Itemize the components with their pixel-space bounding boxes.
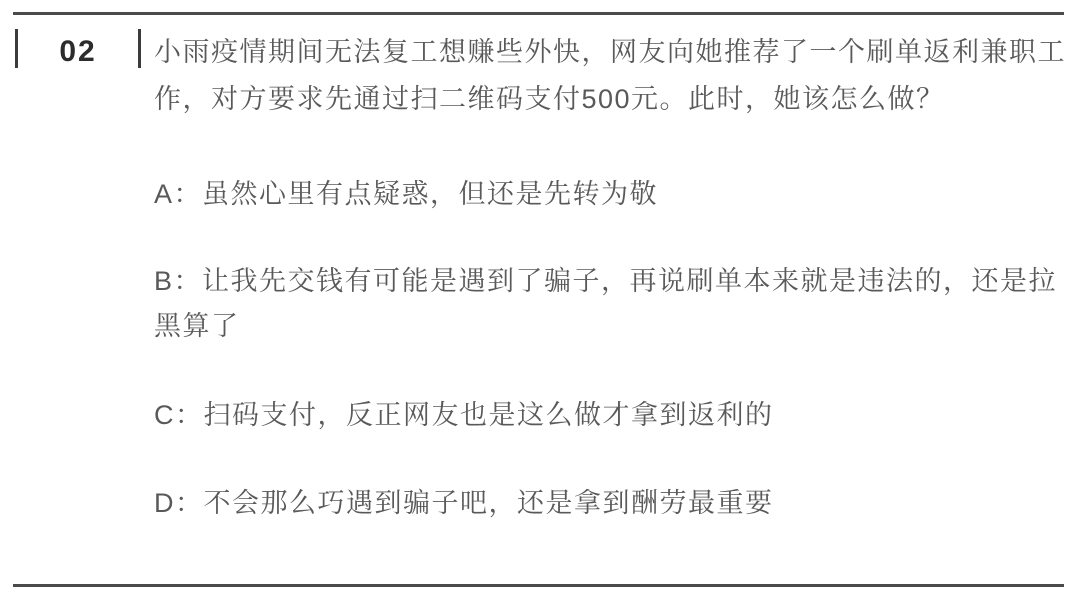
option-b: B：让我先交钱有可能是遇到了骗子，再说刷单本来就是违法的，还是拉黑算了 [154,259,1072,349]
right-tick-divider [138,29,141,68]
bottom-border-rule [13,584,1064,587]
option-d: D：不会那么巧遇到骗子吧，还是拿到酬劳最重要 [154,481,1072,526]
quiz-slide: 02 小雨疫情期间无法复工想赚些外快，网友向她推荐了一个刷单返利兼职工作，对方要… [0,0,1080,600]
question-number: 02 [18,37,138,67]
option-c: C：扫码支付，反正网友也是这么做才拿到返利的 [154,393,1072,438]
question-text: 小雨疫情期间无法复工想赚些外快，网友向她推荐了一个刷单返利兼职工作，对方要求先通… [154,29,1072,123]
option-a: A：虽然心里有点疑惑，但还是先转为敬 [154,172,1072,217]
top-border-rule [13,12,1064,15]
